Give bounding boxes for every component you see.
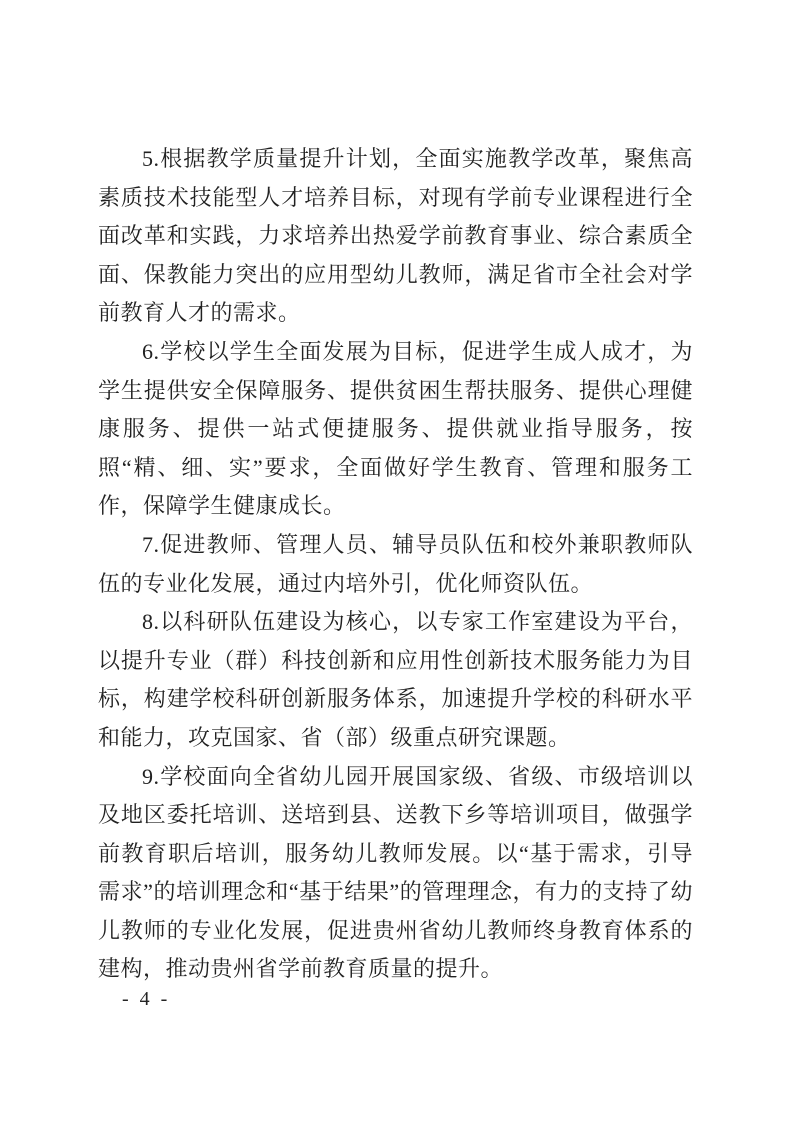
document-page: 5.根据教学质量提升计划，全面实施教学改革，聚焦高素质技术技能型人才培养目标，对…: [0, 0, 793, 1122]
page-number: - 4 -: [122, 988, 170, 1011]
paragraph-5: 9.学校面向全省幼儿园开展国家级、省级、市级培训以及地区委托培训、送培到县、送教…: [98, 758, 693, 990]
document-body: 5.根据教学质量提升计划，全面实施教学改革，聚焦高素质技术技能型人才培养目标，对…: [98, 140, 693, 989]
paragraph-2: 6.学校以学生全面发展为目标，促进学生成人成才，为学生提供安全保障服务、提供贫困…: [98, 333, 693, 526]
paragraph-3: 7.促进教师、管理人员、辅导员队伍和校外兼职教师队伍的专业化发展，通过内培外引，…: [98, 526, 693, 603]
paragraph-1: 5.根据教学质量提升计划，全面实施教学改革，聚焦高素质技术技能型人才培养目标，对…: [98, 140, 693, 333]
paragraph-4: 8.以科研队伍建设为核心，以专家工作室建设为平台，以提升专业（群）科技创新和应用…: [98, 603, 693, 757]
